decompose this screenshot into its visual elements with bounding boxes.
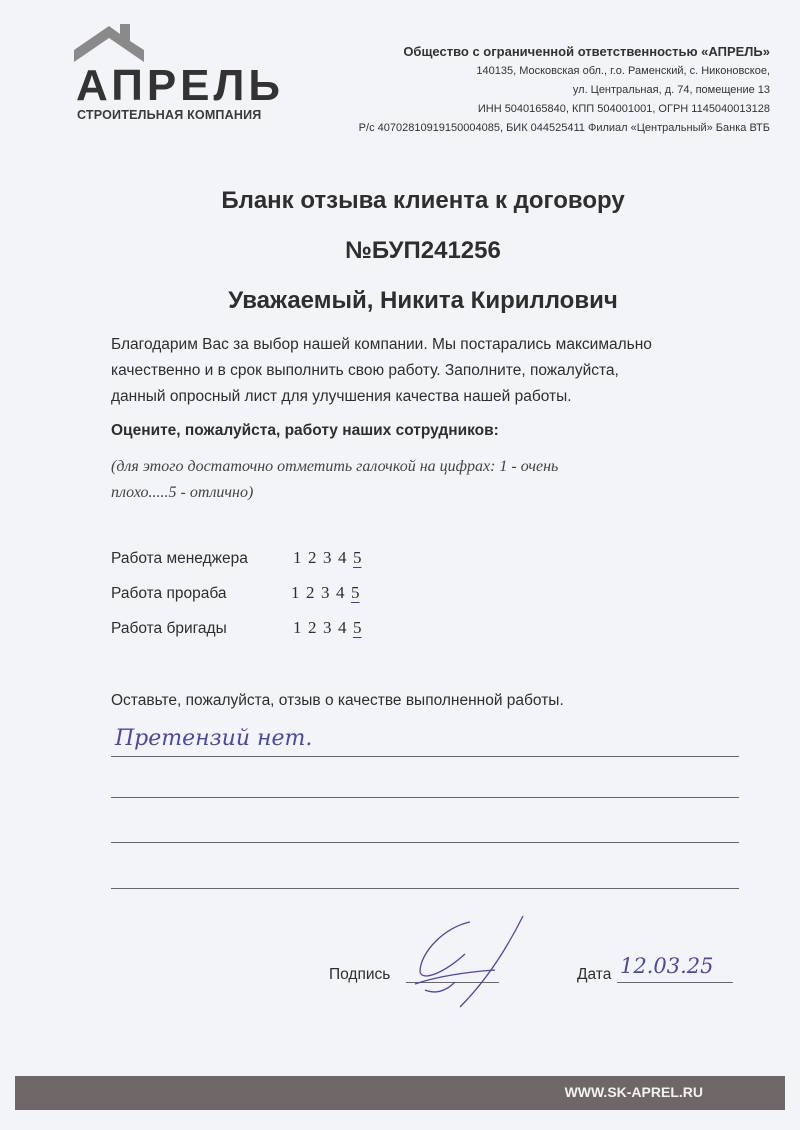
rating-option-2[interactable]: 2 [308,618,323,638]
rating-option-3[interactable]: 3 [321,583,336,603]
greeting: Уважаемый, Никита Кириллович [0,287,800,315]
rating-row-manager: Работа менеджера 12345 [111,550,248,568]
rating-row-crew: Работа бригады 12345 [111,620,227,638]
rating-option-5-selected[interactable]: 5 [353,618,368,638]
rating-option-5-selected[interactable]: 5 [351,583,366,603]
rate-hint-line: плохо.....5 - отлично) [111,480,558,506]
rating-option-2[interactable]: 2 [308,548,323,568]
company-details: Общество с ограниченной ответственностью… [359,42,770,138]
company-name: Общество с ограниченной ответственностью… [359,42,770,62]
rating-option-3[interactable]: 3 [323,548,338,568]
contract-number: №БУП241256 [0,237,800,265]
rating-label: Работа прораба [111,585,226,602]
logo-subtitle: СТРОИТЕЛЬНАЯ КОМПАНИЯ [77,108,261,122]
rating-label: Работа менеджера [111,550,248,567]
feedback-line-2[interactable] [111,797,739,798]
company-bank: Р/с 40702810919150004085, БИК 044525411 … [359,119,770,138]
rating-scale: 12345 [291,583,391,603]
company-address-line2: ул. Центральная, д. 74, помещение 13 [359,81,770,100]
feedback-line-1[interactable] [111,756,739,757]
rating-label: Работа бригады [111,620,227,637]
rating-row-foreman: Работа прораба 12345 [111,585,226,603]
logo-wordmark: АПРЕЛЬ [76,64,284,108]
rate-hint-line: (для этого достаточно отметить галочкой … [111,454,558,480]
rating-option-1[interactable]: 1 [293,618,308,638]
rating-option-1[interactable]: 1 [293,548,308,568]
signature-scribble-icon [405,912,530,1020]
house-roof-icon [74,22,144,64]
rate-hint: (для этого достаточно отметить галочкой … [111,454,558,506]
company-address-line1: 140135, Московская обл., г.о. Раменский,… [359,62,770,81]
rating-option-5-selected[interactable]: 5 [353,548,368,568]
intro-line: Благодарим Вас за выбор нашей компании. … [111,332,652,358]
signature-label: Подпись [329,962,390,988]
feedback-line-4[interactable] [111,888,739,889]
feedback-handwritten-text[interactable]: Претензий нет. [115,726,312,751]
date-handwritten[interactable]: 12.03.25 [620,954,714,978]
rating-option-4[interactable]: 4 [338,548,353,568]
rate-heading: Оцените, пожалуйста, работу наших сотруд… [111,418,499,444]
intro-line: качественно и в срок выполнить свою рабо… [111,358,652,384]
rating-option-3[interactable]: 3 [323,618,338,638]
rating-option-1[interactable]: 1 [291,583,306,603]
date-label: Дата [577,962,611,988]
date-line[interactable] [617,982,733,983]
feedback-line-3[interactable] [111,842,739,843]
rating-option-4[interactable]: 4 [338,618,353,638]
company-ids: ИНН 5040165840, КПП 504001001, ОГРН 1145… [359,100,770,119]
rating-scale: 12345 [293,618,393,638]
intro-paragraph: Благодарим Вас за выбор нашей компании. … [111,332,652,410]
rating-option-2[interactable]: 2 [306,583,321,603]
form-title: Бланк отзыва клиента к договору [0,187,800,215]
rating-option-4[interactable]: 4 [336,583,351,603]
feedback-prompt: Оставьте, пожалуйста, отзыв о качестве в… [111,688,564,714]
rating-scale: 12345 [293,548,393,568]
intro-line: данный опросный лист для улучшения качес… [111,384,652,410]
footer-website-link[interactable]: WWW.SK-APREL.RU [565,1084,703,1100]
